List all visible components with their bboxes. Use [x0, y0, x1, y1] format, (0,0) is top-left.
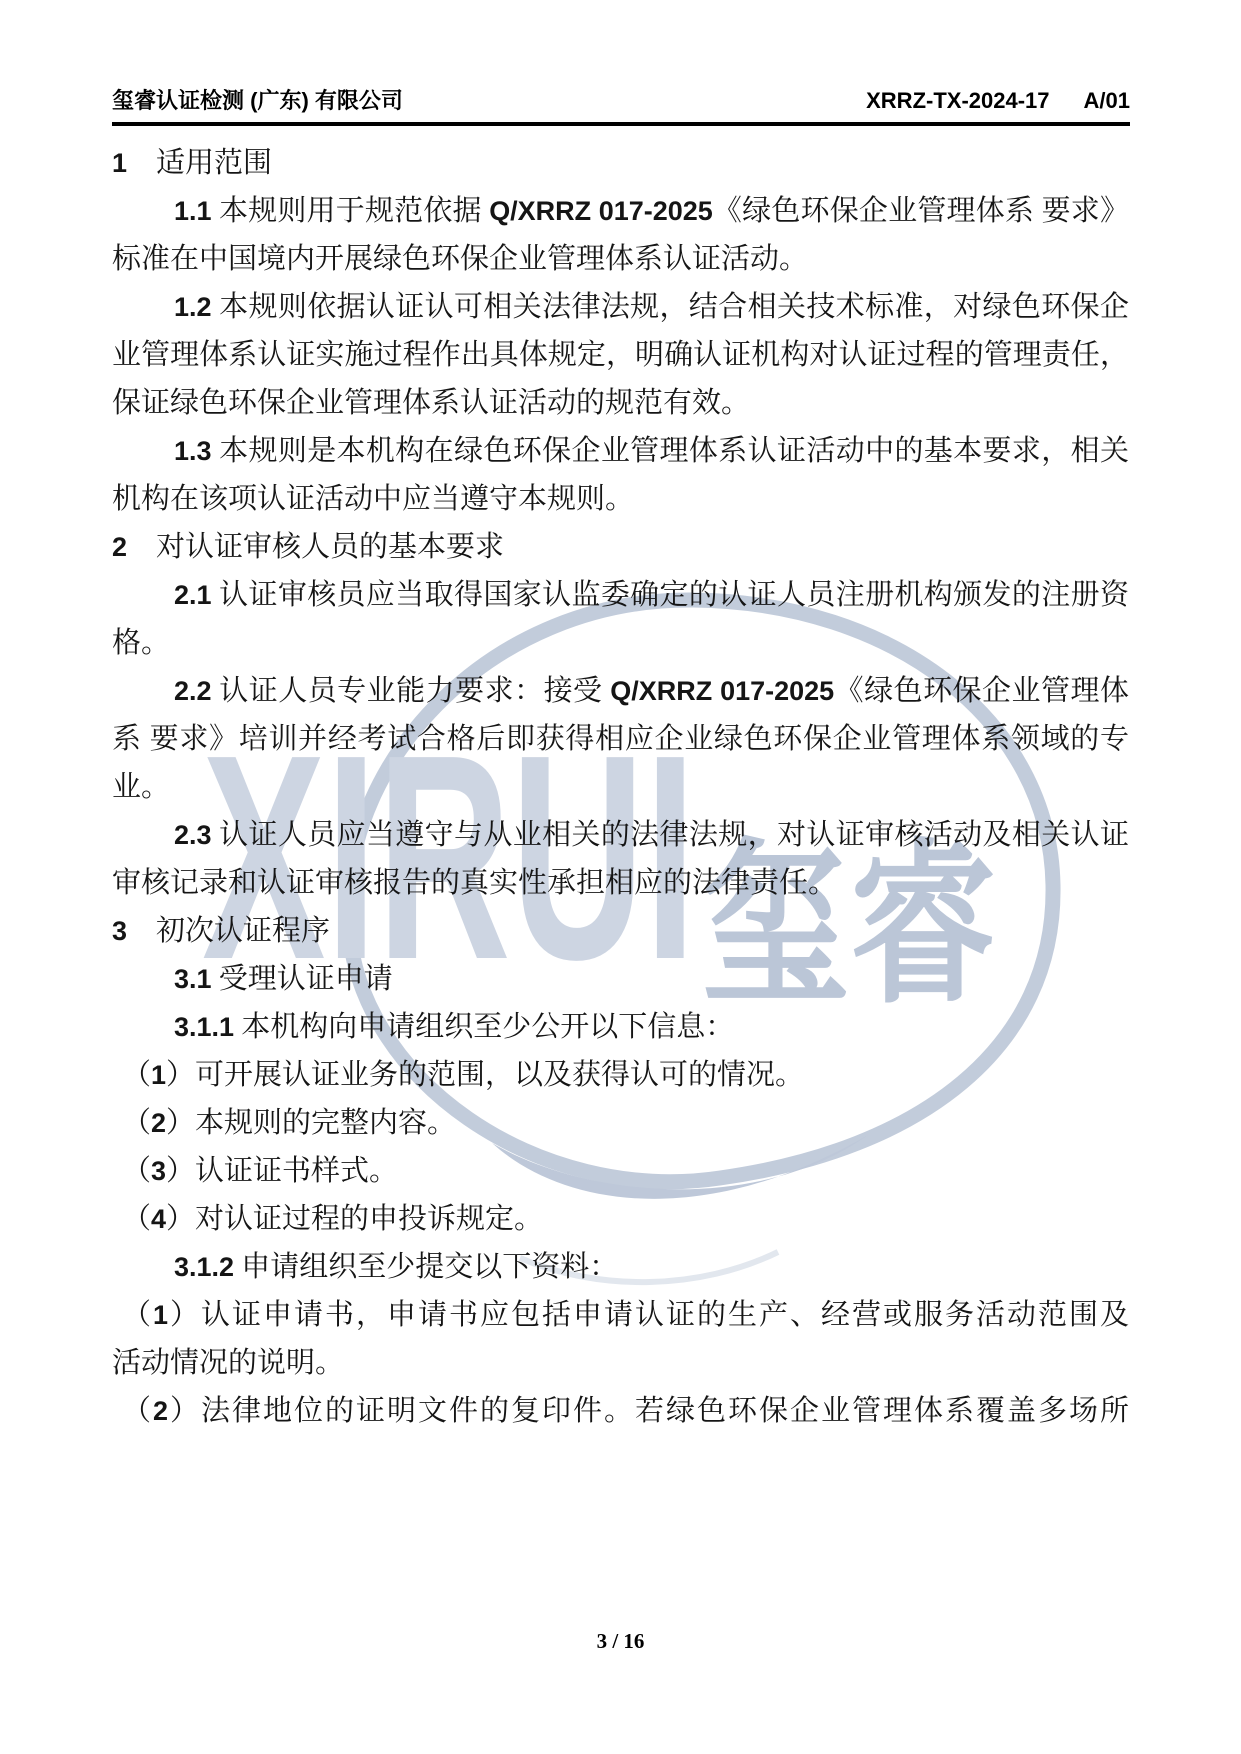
- text-line: 保证绿色环保企业管理体系认证活动的规范有效。: [112, 379, 1129, 427]
- text-line: 系 要求》培训并经考试合格后即获得相应企业绿色环保企业管理体系领域的专: [112, 715, 1129, 763]
- document-body: 1 适用范围1.1 本规则用于规范依据 Q/XRRZ 017-2025《绿色环保…: [112, 139, 1129, 1435]
- text-line: 1.2 本规则依据认证认可相关法律法规，结合相关技术标准，对绿色环保企: [112, 283, 1129, 331]
- latin-run: 2: [153, 1396, 168, 1426]
- latin-run: 1.2: [174, 292, 212, 322]
- latin-run: 3: [112, 916, 127, 946]
- text-line: （1）认证申请书，申请书应包括申请认证的生产、经营或服务活动范围及: [112, 1291, 1129, 1339]
- text-line: 业管理体系认证实施过程作出具体规定，明确认证机构对认证过程的管理责任，: [112, 331, 1129, 379]
- text-line: （1）可开展认证业务的范围，以及获得认可的情况。: [112, 1051, 1129, 1099]
- text-line: （2）法律地位的证明文件的复印件。若绿色环保企业管理体系覆盖多场所: [112, 1387, 1129, 1435]
- latin-run: 2: [151, 1108, 166, 1138]
- latin-run: Q/XRRZ 017-2025: [610, 676, 834, 706]
- latin-run: 2: [112, 532, 127, 562]
- latin-run: 2.3: [174, 820, 212, 850]
- latin-run: 4: [151, 1204, 166, 1234]
- text-line: 1 适用范围: [112, 139, 1129, 187]
- text-line: 审核记录和认证审核报告的真实性承担相应的法律责任。: [112, 859, 1129, 907]
- latin-run: 1: [112, 148, 127, 178]
- latin-run: 3.1: [174, 964, 212, 994]
- text-line: 机构在该项认证活动中应当遵守本规则。: [112, 475, 1129, 523]
- document-code: XRRZ-TX-2024-17: [866, 88, 1049, 113]
- latin-run: 1: [151, 1060, 166, 1090]
- latin-run: 2.2: [174, 676, 212, 706]
- text-line: 3 初次认证程序: [112, 907, 1129, 955]
- header-rule: [112, 122, 1130, 126]
- text-line: 1.1 本规则用于规范依据 Q/XRRZ 017-2025《绿色环保企业管理体系…: [112, 187, 1129, 235]
- text-line: 2.2 认证人员专业能力要求：接受 Q/XRRZ 017-2025《绿色环保企业…: [112, 667, 1129, 715]
- text-line: 2.1 认证审核员应当取得国家认监委确定的认证人员注册机构颁发的注册资: [112, 571, 1129, 619]
- document-revision: A/01: [1084, 88, 1130, 113]
- latin-run: 2.1: [174, 580, 212, 610]
- latin-run: 1: [153, 1300, 168, 1330]
- document-page: XIRUI 玺睿 玺睿认证检测 (广东) 有限公司 XRRZ-TX-2024-1…: [0, 0, 1241, 1754]
- document-reference: XRRZ-TX-2024-17A/01: [866, 84, 1130, 118]
- text-line: 3.1.2 申请组织至少提交以下资料：: [112, 1243, 1129, 1291]
- text-line: 1.3 本规则是本机构在绿色环保企业管理体系认证活动中的基本要求，相关: [112, 427, 1129, 475]
- text-line: （4）对认证过程的申投诉规定。: [112, 1195, 1129, 1243]
- text-line: 业。: [112, 763, 1129, 811]
- page-footer: 3 / 16: [0, 1629, 1241, 1654]
- latin-run: Q/XRRZ 017-2025: [489, 196, 713, 226]
- text-line: 3.1.1 本机构向申请组织至少公开以下信息：: [112, 1003, 1129, 1051]
- latin-run: 3.1.2: [174, 1252, 234, 1282]
- text-line: 格。: [112, 619, 1129, 667]
- text-line: （3）认证证书样式。: [112, 1147, 1129, 1195]
- text-line: 活动情况的说明。: [112, 1339, 1129, 1387]
- text-line: 2.3 认证人员应当遵守与从业相关的法律法规，对认证审核活动及相关认证: [112, 811, 1129, 859]
- latin-run: 3: [151, 1156, 166, 1186]
- text-line: （2）本规则的完整内容。: [112, 1099, 1129, 1147]
- latin-run: 1.1: [174, 196, 212, 226]
- latin-run: 3.1.1: [174, 1012, 234, 1042]
- text-line: 3.1 受理认证申请: [112, 955, 1129, 1003]
- text-line: 标准在中国境内开展绿色环保企业管理体系认证活动。: [112, 235, 1129, 283]
- company-name: 玺睿认证检测 (广东) 有限公司: [112, 84, 403, 118]
- text-line: 2 对认证审核人员的基本要求: [112, 523, 1129, 571]
- page-number: 3 / 16: [597, 1629, 645, 1653]
- latin-run: 1.3: [174, 436, 212, 466]
- page-header: 玺睿认证检测 (广东) 有限公司 XRRZ-TX-2024-17A/01: [112, 84, 1130, 118]
